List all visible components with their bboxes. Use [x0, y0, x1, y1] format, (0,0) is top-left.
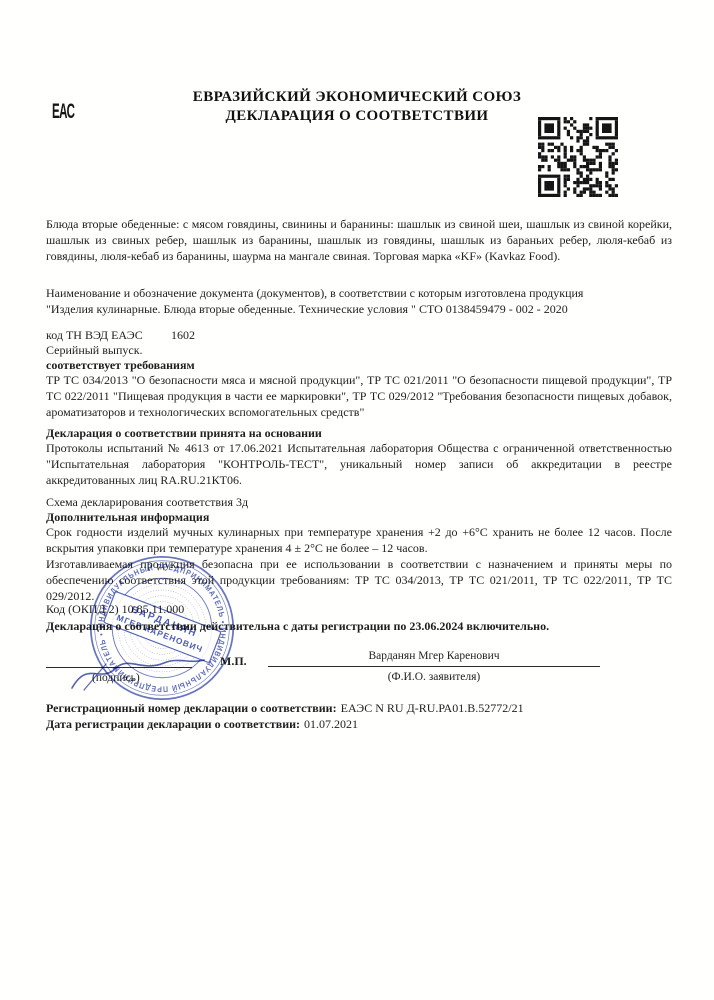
signature-line-right	[268, 666, 600, 667]
qr-code-icon	[538, 117, 618, 197]
registration-date-line: Дата регистрации декларации о соответств…	[46, 716, 358, 732]
tnved-line: код ТН ВЭД ЕАЭС 1602	[46, 327, 672, 343]
complies-text: ТР ТС 034/2013 "О безопасности мяса и мя…	[46, 372, 672, 420]
tnved-value: 1602	[171, 328, 195, 342]
declaration-scheme: Схема декларирования соответствия 3д	[46, 494, 672, 510]
declaration-document: ЕАС ЕВРАЗИЙСКИЙ ЭКОНОМИЧЕСКИЙ СОЮЗ ДЕКЛА…	[0, 0, 714, 1000]
registration-number-value: ЕАЭС N RU Д-RU.РА01.В.52772/21	[341, 701, 524, 715]
handwritten-signature	[66, 650, 216, 694]
document-name-value: "Изделия кулинарные. Блюда вторые обеден…	[46, 301, 672, 317]
serial-production: Серийный выпуск.	[46, 342, 672, 358]
complies-heading: соответствует требованиям	[46, 357, 672, 373]
registration-date-label: Дата регистрации декларации о соответств…	[46, 717, 300, 731]
tnved-label: код ТН ВЭД ЕАЭС	[46, 327, 168, 343]
registration-date-value: 01.07.2021	[304, 717, 358, 731]
applicant-name-caption: (Ф.И.О. заявителя)	[268, 670, 600, 684]
title-line-union: ЕВРАЗИЙСКИЙ ЭКОНОМИЧЕСКИЙ СОЮЗ	[0, 88, 714, 107]
product-description: Блюда вторые обеденные: с мясом говядины…	[46, 216, 672, 264]
basis-heading: Декларация о соответствии принята на осн…	[46, 425, 672, 441]
basis-text: Протоколы испытаний № 4613 от 17.06.2021…	[46, 440, 672, 488]
applicant-name: Варданян Мгер Каренович	[268, 649, 600, 663]
additional-info-heading: Дополнительная информация	[46, 509, 672, 525]
document-name-label: Наименование и обозначение документа (до…	[46, 285, 672, 301]
document-name-block: Наименование и обозначение документа (до…	[46, 285, 672, 317]
